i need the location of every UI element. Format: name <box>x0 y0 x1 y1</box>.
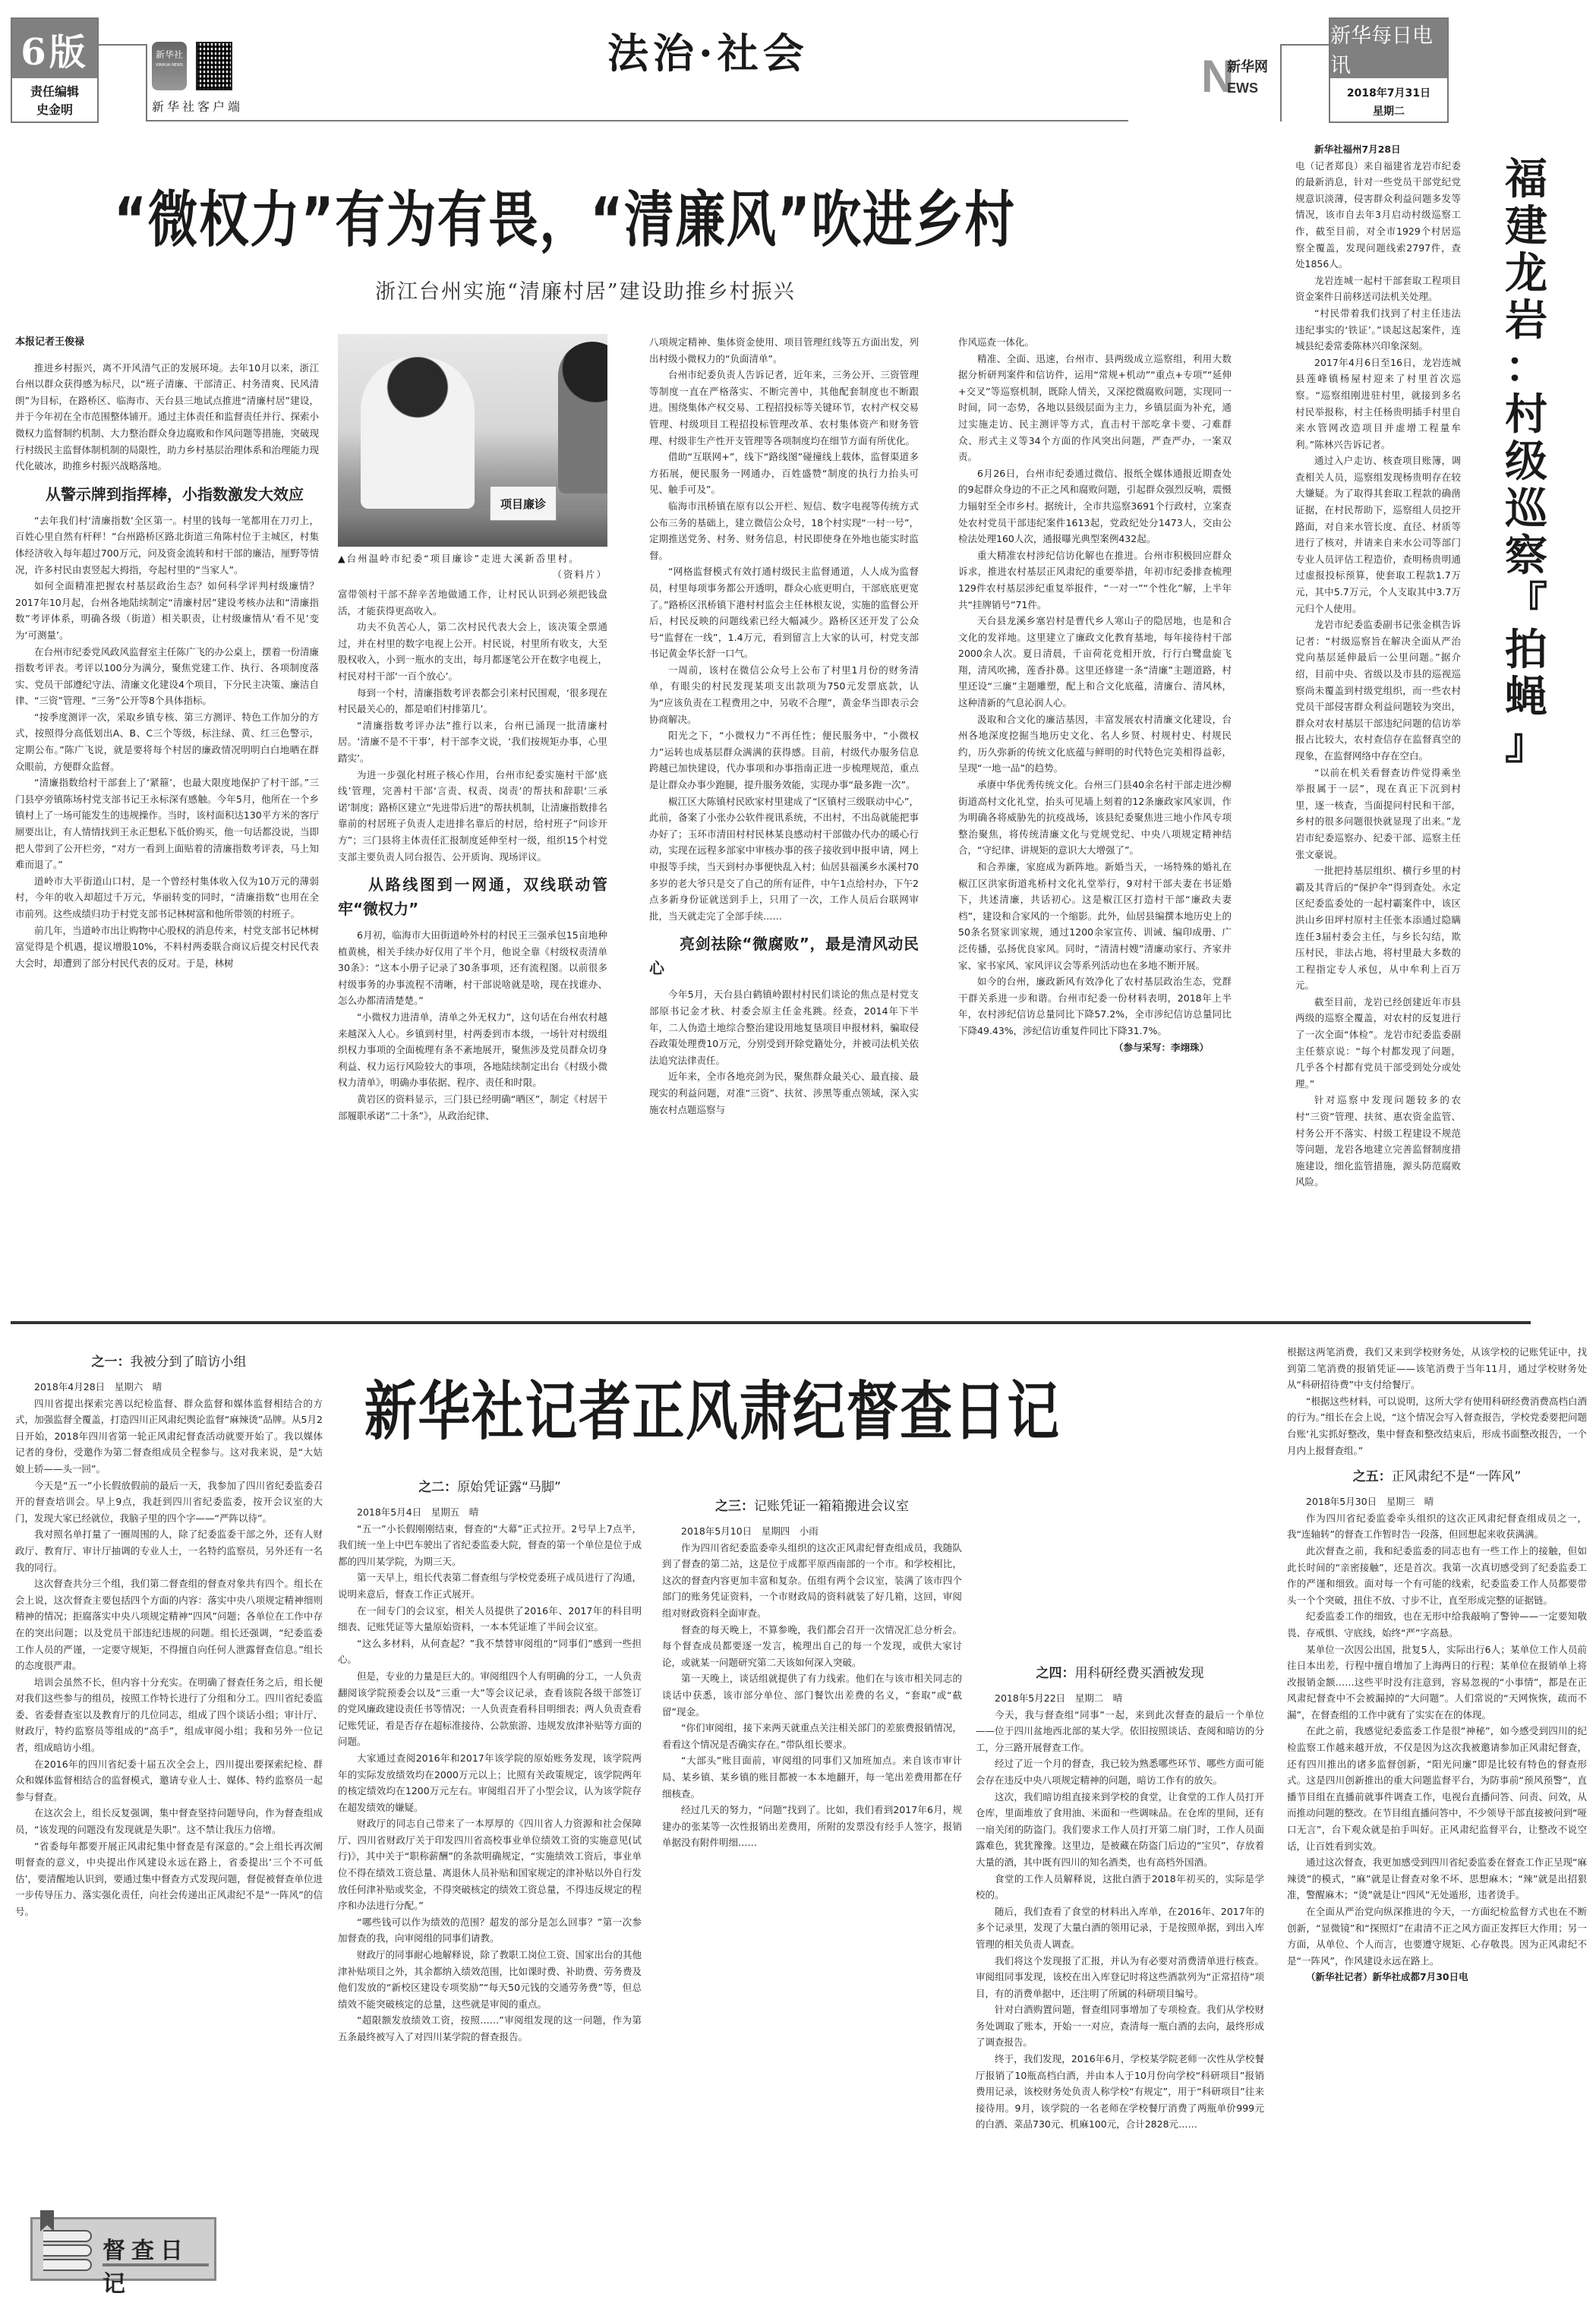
paragraph: 功夫不负苦心人，第二次村民代表大会上，该决策全票通过，并在村里的数字电视上公开。… <box>338 619 607 684</box>
section-subhead: 亮剑祛除“微腐败”，最是清风动民心 <box>649 932 919 980</box>
qr-code-icon[interactable] <box>196 42 232 90</box>
story1-column-2: 富带领村干部不辞辛苦地做通工作，让村民认识到必须把钱盘活，才能获得更高收入。 功… <box>338 586 607 1314</box>
weekday: 星期五 <box>431 1506 460 1518</box>
entry-title: 原始凭证露“马脚” <box>457 1480 561 1495</box>
story3-column-2: 之二：原始凭证露“马脚” 2018年5月4日 星期五 晴 “五一”小长假刚刚结束… <box>338 1469 642 2304</box>
paragraph: 承赓中华优秀传统文化。台州三门县40余名村干部走进沙柳街道高村文化礼堂，抬头可见… <box>958 777 1232 859</box>
title-char: 龙 <box>1500 250 1553 297</box>
entry-date: 2018年5月30日 星期三 晴 <box>1287 1493 1587 1510</box>
dateline: 新华社福州7月28日 <box>1295 141 1461 158</box>
news-photo: 项目廉诊 <box>338 334 607 547</box>
paragraph: 作为四川省纪委监委牵头组织的这次正风肃纪督查组成员，我随队到了督查的第二站，这是… <box>662 1540 962 1622</box>
section-divider <box>11 1321 1531 1324</box>
badge-underline <box>103 2263 209 2266</box>
story2-column: 新华社福州7月28日 电（记者郑良）来自福建省龙岩市纪委的最新消息，针对一些党员… <box>1295 141 1461 1311</box>
weekday: 星期二 <box>1075 1692 1104 1704</box>
story3-signoff: （新华社记者）新华社成都7月30日电 <box>1287 1969 1587 1986</box>
paragraph: 根据这两笔消费，我们又来到学校财务处，从该学校的记账凭证中，找到第二笔消费的报销… <box>1287 1344 1587 1393</box>
date: 2018年5月30日 <box>1306 1496 1377 1507</box>
masthead-rule <box>146 120 1128 121</box>
paragraph: 作为四川省纪委监委牵头组织的这次正风肃纪督查组成员之一，我“连轴转”的督查工作暂… <box>1287 1510 1587 1543</box>
entry-number: 之二： <box>418 1480 457 1495</box>
paragraph: 天台县龙溪乡塞岩村是曹代乡人寒山子的隐居地，也是和合文化的发祥地。这里建立了廉政… <box>958 613 1232 711</box>
logo-en: EWS <box>1227 80 1258 96</box>
story2-vertical-title: 福 建 龙 岩 ： 村 级 巡 察 『 拍 蝇 』 <box>1500 156 1553 768</box>
story3-column-5: 根据这两笔消费，我们又来到学校财务处，从该学校的记账凭证中，找到第二笔消费的报销… <box>1287 1344 1587 2308</box>
app-logo-subtext: XINHUA NEWS <box>152 60 187 71</box>
paragraph: 经过几天的努力，“问题”找到了。比如，我们看到2017年6月，规建办的张某等一次… <box>662 1802 962 1851</box>
paragraph: 今天，我与督查组“同事”一起，来到此次督查的最后一个单位——位于四川盆地西北部的… <box>976 1707 1264 1756</box>
paragraph: “网格监督模式有效打通村级民主监督通道，人人成为监督员，村里每项事务都公开透明，… <box>649 563 919 662</box>
paragraph: 推进乡村振兴，离不开风清气正的发展环境。去年10月以来，浙江台州以群众获得感为标… <box>15 360 319 475</box>
paragraph: 如何全面精准把握农村基层政治生态？如何科学评判村级廉情？2017年10月起，台州… <box>15 578 319 643</box>
title-char: ： <box>1500 344 1553 391</box>
person-figure <box>361 357 475 509</box>
paragraph: 作风巡查一体化。 <box>958 334 1232 351</box>
entry-date: 2018年5月22日 星期二 晴 <box>976 1690 1264 1707</box>
paragraph: 培训会虽然不长，但内容十分充实。在明确了督查任务之后，组长便对我们这些参与的组员… <box>15 1674 323 1756</box>
paragraph: 道岭市大平街道山口村，是一个曾经村集体收入仅为10万元的薄弱村，今年的收入却超过… <box>15 873 319 923</box>
paragraph: 龙岩连城一起村干部套取工程项目资金案件日前移送司法机关处理。 <box>1295 273 1461 305</box>
paragraph: 精准、全面、迅速，台州市、县两级成立巡察组，利用大数据分析研判案件和信访件，运用… <box>958 351 1232 465</box>
paragraph: 6月初，临海市大田街道岭外村的村民王三强承包15亩地种植黄桃，相关手续办好仅用了… <box>338 927 607 1009</box>
entry-heading: 之三：记账凭证一箱箱搬进会议室 <box>662 1496 962 1517</box>
paragraph: “村民带着我们找到了村主任违法违纪事实的‘铁证’。”谈起这起案件，连城县纪委常委… <box>1295 305 1461 355</box>
desk-sign: 项目廉诊 <box>490 486 557 521</box>
notebook-icon <box>43 2230 92 2273</box>
entry-title: 用科研经费买酒被发现 <box>1075 1666 1204 1681</box>
paragraph: “超限额发放绩效工资，按照……”审阅组发现的这一问题，作为第五条最终被写入了对四… <box>338 2012 642 2045</box>
story1-column-3: 八项规定精神、集体资金使用、项目管理红线等五方面出发，列出村级小微权力的“负面清… <box>649 334 919 1314</box>
paragraph: 今年5月，天台县白鹤镇岭跟村村民们谈论的焦点是村党支部原书记金才秋、村委会原主任… <box>649 986 919 1068</box>
paragraph: 电（记者郑良）来自福建省龙岩市纪委的最新消息，针对一些党员干部党纪党规意识淡薄，… <box>1295 158 1461 273</box>
story1-headline: “微权力”有为有畏，“清廉风”吹进乡村 <box>114 171 1016 258</box>
title-char: 『 <box>1500 579 1553 626</box>
paragraph: “哪些钱可以作为绩效的范围？超发的部分是怎么回事？”第一次参加督查的我，向审阅组… <box>338 1914 642 1947</box>
title-char: 察 <box>1500 532 1553 579</box>
paragraph: 黄岩区的资料显示，三门县已经明确“晒区”，制定《村居干部履职承诺“二十条”》，从… <box>338 1091 607 1124</box>
story1-column-4: 作风巡查一体化。 精准、全面、迅速，台州市、县两级成立巡察组，利用大数据分析研判… <box>958 334 1232 1314</box>
paragraph: 汲取和合文化的廉洁基因，丰富发展农村清廉文化建设，台州各地深度挖掘当地历史文化、… <box>958 711 1232 777</box>
entry-title: 正风肃纪不是“一阵风” <box>1392 1469 1522 1484</box>
story1-column-1: 本报记者王俊禄 推进乡村振兴，离不开风清气正的发展环境。去年10月以来，浙江台州… <box>15 334 319 1314</box>
weather: 晴 <box>469 1506 479 1518</box>
paragraph: 我对照名单打量了一圈周围的人，除了纪委监委干部之外，还有人财政厅、教育厅、审计厅… <box>15 1526 323 1576</box>
weather: 晴 <box>153 1381 162 1393</box>
title-char: 村 <box>1500 391 1553 438</box>
entry-heading: 之四：用科研经费买酒被发现 <box>976 1663 1264 1684</box>
issue-weekday: 星期二 <box>1330 103 1447 121</box>
date: 2018年5月4日 <box>357 1506 421 1518</box>
paragraph: “大部头”账目面前，审阅组的同事们又加班加点。来自该市审计局、某乡镇、某乡镇的账… <box>662 1752 962 1802</box>
weekday: 星期四 <box>762 1525 790 1537</box>
entry-number: 之五： <box>1353 1469 1392 1484</box>
paragraph: 重大精准农村涉纪信访化解也在推进。台州市积极回应群众诉求，推进农村基层正风肃纪的… <box>958 547 1232 613</box>
paragraph: “根据这些材料，可以说明，这所大学有使用科研经费消费高档白酒的行为。”组长在会上… <box>1287 1393 1587 1459</box>
paragraph: 临海市汛桥镇在原有以公开栏、短信、数字电视等传统方式公布三务的基础上，建立微信公… <box>649 498 919 563</box>
editor-label: 责任编辑 <box>12 83 97 101</box>
paragraph: 通过这次督查，我更加感受到四川省纪委监委在督查工作正呈现“麻辣烫”的模式，“麻”… <box>1287 1854 1587 1904</box>
paragraph: 在台州市纪委党风政风监督室主任陈广飞的办公桌上，摆着一份清廉指数考评表。考评以1… <box>15 644 319 709</box>
paragraph: “去年我们村‘清廉指数’全区第一。村里的钱每一笔都用在刀刃上，百姓心里自然有杆秤… <box>15 513 319 578</box>
paragraph: “这么多材料，从何查起？”我不禁替审阅组的“同事们”感到一些担心。 <box>338 1635 642 1668</box>
paragraph: 椒江区大陈镇村民欧家村里建成了“区镇村三级联动中心”，此前，备案了小张办公软件视… <box>649 793 919 925</box>
paragraph: 在一间专门的会议室，相关人员提供了2016年、2017年的科目明细表、记账凭证等… <box>338 1603 642 1635</box>
date-box: 新华每日电讯 2018年7月31日 星期二 <box>1329 17 1449 123</box>
title-char: 建 <box>1500 203 1553 250</box>
entry-number: 之三： <box>715 1499 754 1514</box>
paragraph: 在此之前，我感觉纪委监委工作是很“神秘”，如今感受到四川的纪检监察工作越来越开放… <box>1287 1723 1587 1854</box>
paragraph: “以前在机关看督查访件觉得乘坐举报属于一层”，现在真正下沉到村里，逐一核查，当面… <box>1295 765 1461 863</box>
story3-column-4: 之四：用科研经费买酒被发现 2018年5月22日 星期二 晴 今天，我与督查组“… <box>976 1655 1264 2304</box>
paragraph: 我们将这个发现报了汇报，并认为有必要对消费清单进行核查。审阅组同事发现，该校在出… <box>976 1953 1264 2002</box>
section-subhead: 从警示牌到指挥棒，小指数激发大效应 <box>15 482 319 506</box>
paragraph: 四川省提出探索完善以纪检监督、群众监督和媒体监督相结合的方式，加强监督全覆盖，打… <box>15 1396 323 1478</box>
paragraph: 2017年4月6日至16日，龙岩连城县莲峰镇杨屋村迎来了村里首次巡察。“巡察组刚… <box>1295 355 1461 453</box>
entry-date: 2018年5月4日 星期五 晴 <box>338 1504 642 1521</box>
paragraph: “清廉指数给村干部套上了‘紧箍’，也最大限度地保护了村干部。”三门县亭旁镇陈场村… <box>15 774 319 873</box>
paper-name: 新华每日电讯 <box>1330 19 1447 78</box>
entry-date: 2018年5月10日 星期四 小雨 <box>662 1523 962 1540</box>
paragraph: 纪委监委工作的细致，也在无形中给我敲响了警钟——一定要知敬畏、存戒惧、守底线，始… <box>1287 1608 1587 1641</box>
story3-headline: 新华社记者正风肃纪督查日记 <box>364 1361 1061 1452</box>
paragraph: 今天是“五一”小长假放假前的最后一天，我参加了四川省纪委监委召开的督查培训会。早… <box>15 1478 323 1527</box>
entry-heading: 之五：正风肃纪不是“一阵风” <box>1287 1466 1587 1487</box>
entry-title: 记账凭证一箱箱搬进会议室 <box>754 1499 909 1514</box>
paragraph: 针对白酒购置问题，督查组同事增加了专项检查。我们从学校财务处调取了账本，开始一一… <box>976 2001 1264 2051</box>
paragraph: 某单位一次因公出国，批复5人，实际出行6人；某单位工作人员前往日本出差，行程中擅… <box>1287 1642 1587 1724</box>
caption-credit: （资料片） <box>552 566 607 582</box>
desk <box>338 509 607 547</box>
title-char: 拍 <box>1500 626 1553 673</box>
paragraph: “小微权力进清单，清单之外无权力”，这句话在台州农村越来越深入人心。乡镇到村里，… <box>338 1009 607 1091</box>
entry-number: 之四： <box>1036 1666 1075 1681</box>
paragraph: 此次督查之前，我和纪委监委的同志也有一些工作上的接触，但如此长时间的“亲密接触”… <box>1287 1543 1587 1608</box>
title-char: 级 <box>1500 438 1553 485</box>
paragraph: 第一天晚上，谈话组就提供了有力线索。他们在与该市相关同志的谈话中获悉，该市部分单… <box>662 1670 962 1720</box>
paragraph: 借助“互联网+”，线下“路线图”碰撞线上载体，监督渠道多方拓展，便民服务一网通办… <box>649 449 919 498</box>
app-logo-text: 新华社 <box>156 49 183 60</box>
paragraph: 龙岩市纪委监委副书记张金棋告诉记者：“村级巡察旨在解决全面从严治党向基层延伸最后… <box>1295 617 1461 764</box>
paragraph: 督查的每天晚上，不算参晚，我们都会召开一次情况汇总分析会。每个督查成员都要逐一发… <box>662 1622 962 1671</box>
caption-text: ▲台州温岭市纪委“项目廉诊”走进大溪新岙里村。 <box>338 553 580 564</box>
paragraph: 台州市纪委负责人告诉记者，近年来，三务公开、三资管理等制度一直在严格落实、不断完… <box>649 367 919 449</box>
person-figure <box>558 342 607 494</box>
byline: 本报记者王俊禄 <box>15 334 319 351</box>
paragraph: 但是，专业的力量是巨大的。审阅组四个人有明确的分工，一人负责翻阅该学院预委会以及… <box>338 1668 642 1750</box>
app-label: 新华社客户端 <box>152 97 243 115</box>
section-subhead: 从路线图到一网通，双线联动管牢“微权力” <box>338 872 607 921</box>
title-char: 』 <box>1500 721 1553 768</box>
title-char: 巡 <box>1500 485 1553 532</box>
title-char: 福 <box>1500 156 1553 203</box>
paragraph: 前几年，当道岭市出让购物中心股权的消息传来，村党支部书记林树富觉得是个机遇，提议… <box>15 923 319 972</box>
title-char: 岩 <box>1500 297 1553 344</box>
paragraph: 一批把持基层组织、横行乡里的村霸及其背后的“保护伞”得到查处。永定区纪委监委处的… <box>1295 863 1461 994</box>
paragraph: 为进一步强化村班子核心作用，台州市纪委实施村干部‘底线’管理，完善村干部‘言责、… <box>338 767 607 866</box>
paragraph: “五一”小长假刚刚结束，督查的“大幕”正式拉开。2号早上7点半，我们统一坐上中巴… <box>338 1521 642 1570</box>
paragraph: 食堂的工作人员解释说，这批白酒于2018年初买的，实际是学校的。 <box>976 1871 1264 1904</box>
paragraph: 针对巡察中发现问题较多的农村“三资”管理、扶贫、惠农资金监管、村务公开不落实、村… <box>1295 1092 1461 1191</box>
story1-subheadline: 浙江台州实施“清廉村居”建设助推乡村振兴 <box>375 275 796 304</box>
paragraph: 每到一个村，清廉指数考评表都会引来村民围观，‘很多现在村民最关心的，都是咱们村排… <box>338 685 607 718</box>
weather: 晴 <box>1113 1692 1123 1704</box>
paragraph: 第一天早上，组长代表第二督查组与学校党委班子成员进行了沟通，说明来意后，督查工作… <box>338 1569 642 1602</box>
photo-caption: ▲台州温岭市纪委“项目廉诊”走进大溪新岙里村。 （资料片） <box>338 550 607 582</box>
paragraph: 阳光之下，“小微权力”不再任性；便民服务中，“小微权力”运转也成基层群众满满的获… <box>649 727 919 793</box>
entry-number: 之一： <box>92 1355 131 1370</box>
weekday: 星期六 <box>115 1381 144 1393</box>
masthead-rule <box>146 44 147 121</box>
paragraph: 这次督查共分三个组，我们第二督查组的督查对象共有四个。组长在会上说，这次督查主要… <box>15 1576 323 1674</box>
story3-column-3: 之三：记账凭证一箱箱搬进会议室 2018年5月10日 星期四 小雨 作为四川省纪… <box>662 1488 962 2304</box>
page-number: 6版 <box>12 19 97 78</box>
entry-heading: 之二：原始凭证露“马脚” <box>338 1477 642 1498</box>
entry-heading: 之一：我被分到了暗访小组 <box>15 1352 323 1373</box>
paragraph: 近年来，全市各地亮剑为民，聚焦群众最关心、最直接、最现实的利益问题，对准“三资”… <box>649 1068 919 1118</box>
paragraph: “省委每年都要开展正风肃纪集中督查是有深意的。”会上组长再次阐明督查的意义，中央… <box>15 1838 323 1920</box>
paragraph: 如今的台州，廉政新风有效净化了农村基层政治生态，党群干群关系进一步和谐。台州市纪… <box>958 973 1232 1039</box>
date: 2018年5月22日 <box>995 1692 1065 1704</box>
paragraph: 这次，我们暗访组直接来到学校的食堂，让食堂的工作人员打开仓库，里面堆放了食用油、… <box>976 1789 1264 1871</box>
paragraph: “你们审阅组，接下来两天就重点关注相关部门的差旅费报销情况，看看这个情况是否确实… <box>662 1720 962 1752</box>
paragraph: 经过了近一个月的督查，我已较为熟悉哪些环节、哪些方面可能会存在违反中央八项规定精… <box>976 1755 1264 1788</box>
paragraph: 富带领村干部不辞辛苦地做通工作，让村民认识到必须把钱盘活，才能获得更高收入。 <box>338 586 607 619</box>
paragraph: 6月26日，台州市纪委通过微信、报纸全媒体通报近期查处的9起群众身边的不正之风和… <box>958 465 1232 547</box>
story3-column-1: 之一：我被分到了暗访小组 2018年4月28日 星期六 晴 四川省提出探索完善以… <box>15 1344 323 2209</box>
paragraph: 一周前，该村在微信公众号上公布了村里1月份的财务清单，有眼尖的村民发现某项支出款… <box>649 662 919 727</box>
editor-name: 史金明 <box>12 101 97 119</box>
date: 2018年4月28日 <box>34 1381 105 1393</box>
weather: 小雨 <box>800 1525 819 1537</box>
xinhuanet-logo[interactable]: N 新华网 EWS <box>1201 53 1271 100</box>
date: 2018年5月10日 <box>681 1525 752 1537</box>
paragraph: 在2016年的四川省纪委十届五次全会上，四川提出要探索纪检、群众和媒体监督相结合… <box>15 1756 323 1806</box>
paragraph: 随后，我们查看了食堂的材料出入库单，在2016年、2017年的多个记录里，发现了… <box>976 1904 1264 1953</box>
page-number-box: 6版 责任编辑 史金明 <box>11 17 99 123</box>
masthead-rule <box>1280 44 1282 121</box>
paragraph: 终于，我们发现，2016年6月，学校某学院老师一次性从学校餐厅报销了10瓶高档白… <box>976 2051 1264 2133</box>
entry-title: 我被分到了暗访小组 <box>131 1355 247 1370</box>
weather: 晴 <box>1424 1496 1434 1507</box>
paragraph: 在这次会上，组长反复强调，集中督查坚持问题导向，作为督查组成员，“该发现的问题没… <box>15 1805 323 1837</box>
masthead-rule <box>1280 44 1329 46</box>
paragraph: 截至目前，龙岩已经创建近年市县两级的巡察全覆盖，对农村的反复进行了一次全面“体检… <box>1295 994 1461 1093</box>
section-title: 法治·社会 <box>607 21 809 80</box>
story1-credit: （参与采写：李翊珠） <box>958 1039 1232 1056</box>
bookmark-icon <box>40 2210 54 2232</box>
logo-cn: 新华网 <box>1227 56 1268 76</box>
masthead-rule <box>99 44 146 46</box>
paragraph: “按季度测评一次，采取乡镇专核、第三方测评、特色工作加分的方式，按照得分高低划出… <box>15 709 319 774</box>
diary-badge: 督查日记 <box>30 2217 216 2281</box>
title-char: 蝇 <box>1500 673 1553 721</box>
paragraph: 和合养廉，家庭成为新阵地。新婚当天，一场特殊的婚礼在椒江区洪家街道兆桥村文化礼堂… <box>958 859 1232 973</box>
paragraph: 大家通过查阅2016年和2017年该学院的原始账务发现，该学院两年的实际发放绩效… <box>338 1750 642 1815</box>
xinhua-app-logo[interactable]: 新华社 XINHUA NEWS <box>152 42 187 90</box>
weekday: 星期三 <box>1386 1496 1415 1507</box>
entry-date: 2018年4月28日 星期六 晴 <box>15 1379 323 1396</box>
issue-date: 2018年7月31日 <box>1330 84 1447 103</box>
paragraph: 财政厅的同志自己带来了一本厚厚的《四川省人力资源和社会保障厅、四川省财政厅关于印… <box>338 1815 642 1914</box>
paragraph: 财政厅的同事耐心地解释说，除了教职工岗位工资、国家出台的其他津补贴项目之外，其余… <box>338 1947 642 2012</box>
paragraph: 通过入户走访、核查项目账簿，调查相关人员，巡察组发现杨贵明存在较大嫌疑。为了取得… <box>1295 453 1461 617</box>
paragraph: 八项规定精神、集体资金使用、项目管理红线等五方面出发，列出村级小微权力的“负面清… <box>649 334 919 367</box>
paragraph: 在全面从严治党向纵深推进的今天，一方面纪检监督方式也在不断创新，“显微镜”和“探… <box>1287 1904 1587 1969</box>
paragraph: “清廉指数考评办法”推行以来，台州已涌现一批清廉村居。‘清廉不是不干事’，村干部… <box>338 718 607 767</box>
